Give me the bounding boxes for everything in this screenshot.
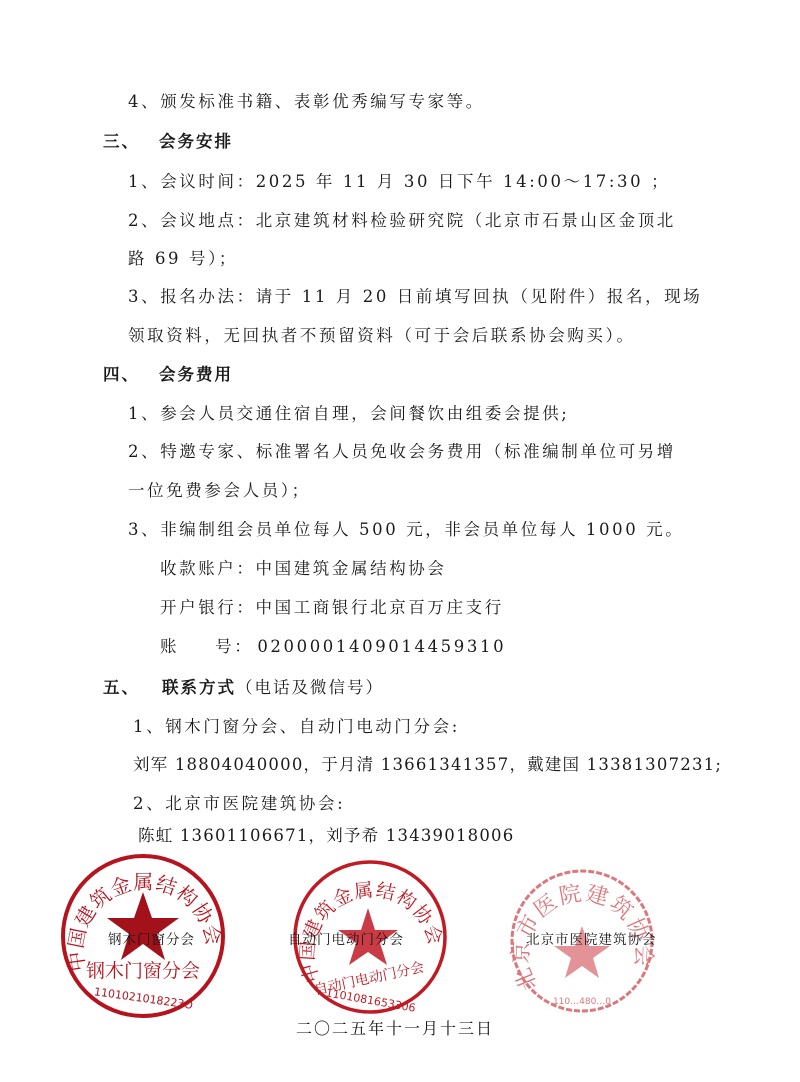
meeting-location-cont: 路 69 号）； bbox=[128, 245, 238, 269]
fee-item-2-cont: 一位免费参会人员）； bbox=[128, 477, 311, 501]
section-4-number: 四、 bbox=[103, 361, 140, 385]
payee-account-label: 收款账户： bbox=[160, 559, 256, 578]
section-5-title-suffix: （电话及微信号） bbox=[236, 678, 384, 697]
contact-group-2-people: 陈虹 13601106671，刘予希 13439018006 bbox=[138, 822, 514, 846]
bank-label: 开户银行： bbox=[160, 598, 256, 617]
intro-item-4: 4、颁发标准书籍、表彰优秀编写专家等。 bbox=[128, 88, 485, 112]
bank-value: 中国工商银行北京百万庄支行 bbox=[256, 598, 504, 617]
account-number-label-2: 号： bbox=[215, 637, 253, 656]
contact-group-1: 1、钢木门窗分会、自动门电动门分会: bbox=[133, 713, 460, 737]
section-5-number: 五、 bbox=[103, 674, 140, 698]
section-4-title: 会务费用 bbox=[159, 361, 233, 385]
section-3-title: 会务安排 bbox=[159, 128, 233, 152]
section-3-number: 三、 bbox=[103, 128, 140, 152]
account-number-label-1: 账 bbox=[160, 637, 179, 656]
account-number-row: 账号：0200001409014459310 bbox=[160, 633, 506, 657]
meeting-time: 1、会议时间：2025 年 11 月 30 日下午 14:00～17:30 ； bbox=[128, 168, 670, 192]
fee-item-2: 2、特邀专家、标准署名人员免收会务费用（标准编制单位可另增 bbox=[128, 438, 676, 462]
payee-account-value: 中国建筑金属结构协会 bbox=[256, 559, 447, 578]
meeting-location: 2、会议地点：北京建筑材料检验研究院（北京市石景山区金顶北 bbox=[128, 207, 676, 231]
payee-account-row: 收款账户：中国建筑金属结构协会 bbox=[160, 555, 447, 579]
fee-item-1: 1、参会人员交通住宿自理，会间餐饮由组委会提供; bbox=[128, 400, 569, 424]
svg-text:钢木门窗分会: 钢木门窗分会 bbox=[86, 960, 200, 982]
fee-item-3: 3、非编制组会员单位每人 500 元，非会员单位每人 1000 元。 bbox=[128, 516, 684, 540]
svg-text:110…480…0: 110…480…0 bbox=[553, 997, 611, 1007]
registration-method-cont: 领取资料，无回执者不预留资料（可于会后联系协会购买）。 bbox=[128, 322, 635, 346]
signature-label-automatic-doors: 自动门电动门分会 bbox=[288, 928, 404, 948]
registration-method: 3、报名办法：请于 11 月 20 日前填写回执（见附件）报名，现场 bbox=[128, 283, 702, 307]
bank-row: 开户银行：中国工商银行北京百万庄支行 bbox=[160, 594, 504, 618]
document-date: 二〇二五年十一月十三日 bbox=[296, 1016, 494, 1039]
section-5-title: 联系方式（电话及微信号） bbox=[162, 674, 384, 698]
account-number-value: 0200001409014459310 bbox=[257, 637, 506, 656]
signature-label-beijing-hospital-architecture: 北京市医院建筑协会 bbox=[526, 928, 657, 948]
section-5-title-main: 联系方式 bbox=[162, 678, 236, 697]
signature-label-steel-wood-doors: 钢木门窗分会 bbox=[108, 928, 195, 948]
contact-group-1-people: 刘军 18804040000，于月清 13661341357，戴建国 13381… bbox=[133, 751, 722, 775]
contact-group-2: 2、北京市医院建筑协会: bbox=[133, 790, 345, 814]
